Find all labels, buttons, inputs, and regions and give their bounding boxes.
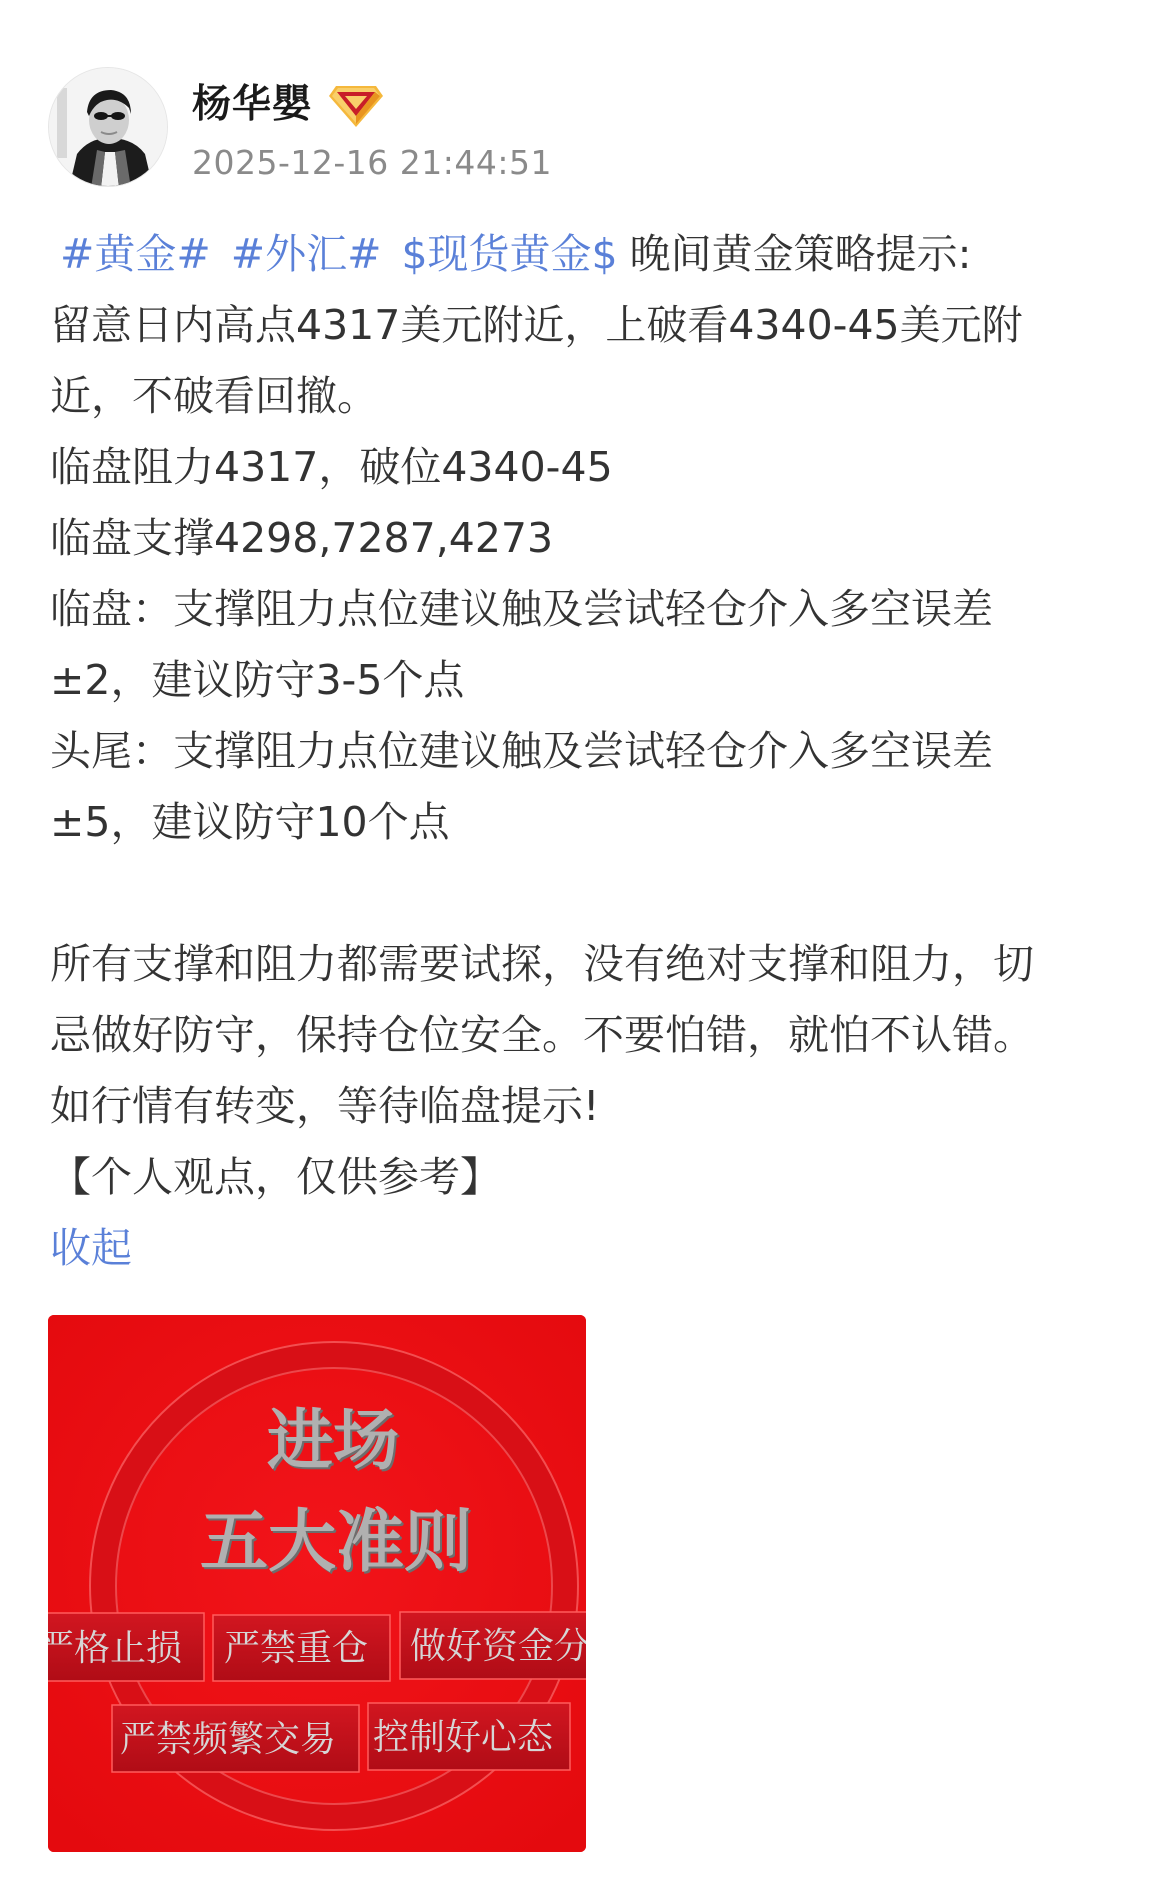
plaque-row-2: 严禁频繁交易 控制好心态 bbox=[112, 1703, 570, 1772]
avatar[interactable] bbox=[48, 67, 168, 187]
post-header: 杨华嬰 2025-12-16 21:44:51 bbox=[48, 67, 1148, 187]
post-line: ±5，建议防守10个点 bbox=[50, 787, 1160, 858]
hashtag-gold[interactable]: #黄金# bbox=[60, 230, 211, 278]
blank-line bbox=[50, 858, 1160, 929]
post-timestamp: 2025-12-16 21:44:51 bbox=[192, 143, 552, 183]
svg-text:严格止损: 严格止损 bbox=[48, 1628, 182, 1669]
svg-text:五大准则: 五大准则 bbox=[200, 1503, 472, 1582]
author-row: 杨华嬰 bbox=[192, 81, 384, 129]
post-body: #黄金##外汇#$现货黄金$晚间黄金策略提示: 留意日内高点4317美元附近，上… bbox=[50, 219, 1160, 1284]
svg-text:严禁频繁交易: 严禁频繁交易 bbox=[120, 1719, 336, 1760]
hashtag-forex[interactable]: #外汇# bbox=[231, 230, 382, 278]
post-line: 近，不破看回撤。 bbox=[50, 361, 1160, 432]
collapse-link[interactable]: 收起 bbox=[50, 1213, 1160, 1284]
post-line: 留意日内高点4317美元附近，上破看4340-45美元附 bbox=[50, 290, 1160, 361]
post-line-disclaimer: 【个人观点，仅供参考】 bbox=[50, 1142, 1160, 1213]
post-line: ±2，建议防守3-5个点 bbox=[50, 645, 1160, 716]
post-line: 忌做好防守，保持仓位安全。不要怕错，就怕不认错。 bbox=[50, 1000, 1160, 1071]
post-image[interactable]: 进场 进场 五大准则 五大准则 严格止损 严禁重仓 做好资金分 严禁频繁交易 控… bbox=[48, 1315, 586, 1852]
post-title-text: 晚间黄金策略提示: bbox=[630, 230, 972, 278]
post-line: 临盘：支撑阻力点位建议触及尝试轻仓介入多空误差 bbox=[50, 574, 1160, 645]
svg-text:进场: 进场 bbox=[267, 1402, 399, 1479]
plaque-row-1: 严格止损 严禁重仓 做好资金分 bbox=[48, 1612, 586, 1681]
post-line: 头尾：支撑阻力点位建议触及尝试轻仓介入多空误差 bbox=[50, 716, 1160, 787]
stock-tag-spot-gold[interactable]: $现货黄金$ bbox=[401, 230, 617, 278]
post-line: 临盘支撑4298,7287,4273 bbox=[50, 503, 1160, 574]
post-line: 如行情有转变，等待临盘提示! bbox=[50, 1071, 1160, 1142]
author-name[interactable]: 杨华嬰 bbox=[192, 81, 312, 129]
diamond-vip-badge-icon[interactable] bbox=[328, 82, 384, 128]
svg-text:控制好心态: 控制好心态 bbox=[373, 1717, 554, 1758]
post-line: 临盘阻力4317，破位4340-45 bbox=[50, 432, 1160, 503]
entry-rules-graphic: 进场 进场 五大准则 五大准则 严格止损 严禁重仓 做好资金分 严禁频繁交易 控… bbox=[48, 1315, 586, 1852]
svg-text:严禁重仓: 严禁重仓 bbox=[224, 1628, 368, 1669]
post-line-tags: #黄金##外汇#$现货黄金$晚间黄金策略提示: bbox=[50, 219, 1160, 290]
svg-text:做好资金分: 做好资金分 bbox=[410, 1626, 586, 1667]
avatar-photo bbox=[49, 68, 168, 187]
post-line: 所有支撑和阻力都需要试探，没有绝对支撑和阻力，切 bbox=[50, 929, 1160, 1000]
